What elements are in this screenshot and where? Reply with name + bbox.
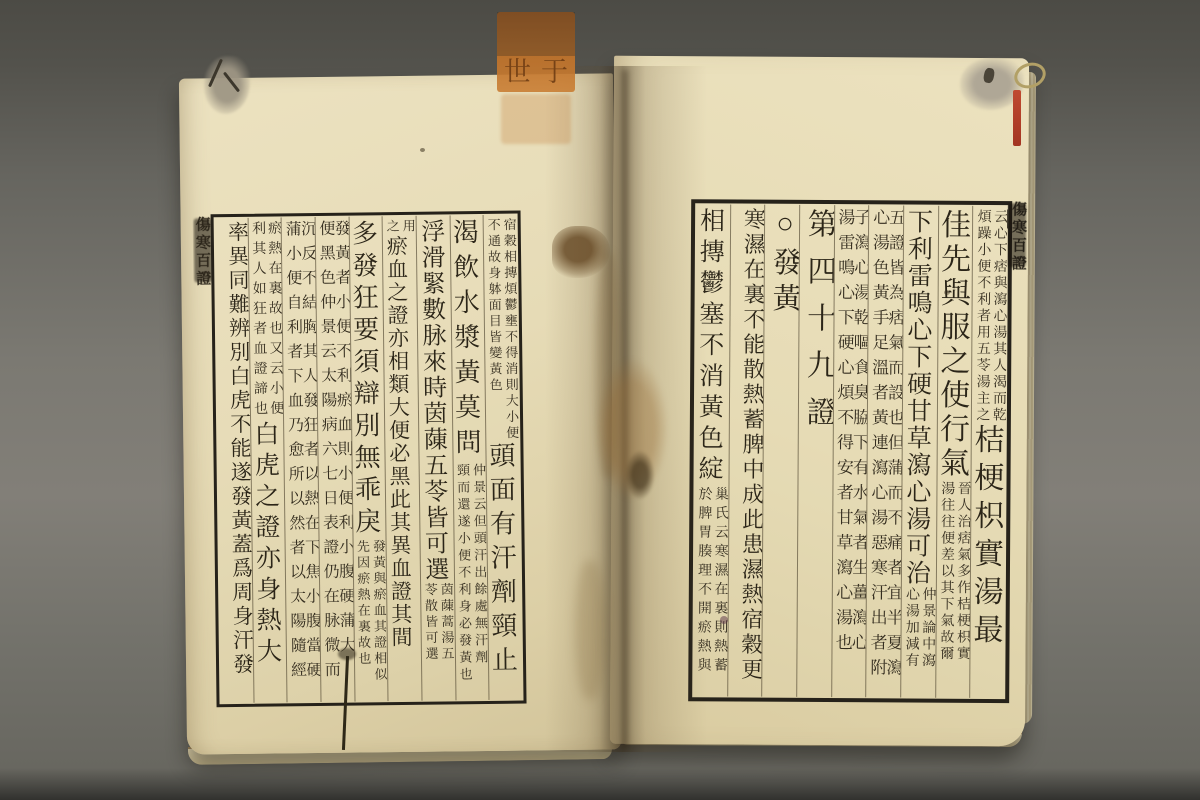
- right-text-columns: 云心下痞與瀉心湯其人渴而乾煩躁小便不利者用五苓湯主之桔梗枳實湯最佳先與服之使行氣…: [693, 204, 1007, 698]
- note-sub-right: 巢氏云寒濕在裏則熱蓄: [712, 486, 728, 676]
- note-sub-right: 仲景論中瀉: [920, 587, 936, 670]
- collector-seal: 世 于: [497, 12, 575, 92]
- verse-text: 相摶鬱塞不消黃色綻: [695, 207, 724, 486]
- commentary-note: 仲景論中瀉心湯加減有: [902, 587, 936, 670]
- right-page: 云心下痞與瀉心湯其人渴而乾煩躁小便不利者用五苓湯主之桔梗枳實湯最佳先與服之使行氣…: [610, 56, 1029, 747]
- right-text-frame: 云心下痞與瀉心湯其人渴而乾煩躁小便不利者用五苓湯主之桔梗枳實湯最佳先與服之使行氣…: [688, 199, 1012, 703]
- text-column: 五證皆為痞氣而設也但蒲而不痛者宜半夏瀉心湯色黃手足溫者黃連瀉心湯惡寒汗出者附: [866, 205, 904, 697]
- note-sub-left: 於脾胃腠理不開瘀熱與: [695, 486, 711, 676]
- note-sub-right: 用: [401, 219, 416, 235]
- note-sub-left: 先因瘀熱在裏故也: [355, 539, 372, 667]
- verse-text: 桔梗枳實湯最: [970, 423, 1003, 651]
- note-sub-right: 發黃與瘀血其證相似: [371, 539, 388, 683]
- book-photograph: 傷寒百證 卷之三 二 宿穀相摶煩鬱壅不得消則大小便不通故身躰面目皆變黃色頭面有汗…: [0, 0, 1200, 800]
- banxin-title: 傷寒百證: [194, 216, 211, 288]
- verse-text: 下利雷鳴心下硬甘草瀉心湯可治: [902, 209, 931, 587]
- right-banxin-column: 傷寒百證 卷之三 未: [1004, 201, 1029, 661]
- left-page: 傷寒百證 卷之三 二 宿穀相摶煩鬱壅不得消則大小便不通故身躰面目皆變黃色頭面有汗…: [179, 73, 621, 754]
- text-column: 宿穀相摶煩鬱壅不得消則大小便不通故身躰面目皆變黃色頭面有汗劑頸止: [483, 215, 523, 700]
- verse-text: ○發黃: [768, 208, 799, 319]
- verse-text: 浮滑緊數脉來時茵蔯五苓皆可選: [417, 218, 447, 582]
- text-column: 寒濕在裏不能散熱蓄脾中成此患濕熱宿穀更: [727, 204, 765, 696]
- note-sub-left: 心湯色黃手足溫者黃連瀉心湯惡寒汗出者附: [867, 208, 889, 683]
- commentary-note: 茵蔯蒿湯五苓散皆可選: [422, 582, 455, 662]
- commentary-note: 五證皆為痞氣而設也但蒲而不痛者宜半夏瀉心湯色黃手足溫者黃連瀉心湯惡寒汗出者附: [868, 208, 903, 683]
- red-edge-label: [1013, 90, 1021, 146]
- note-sub-left: 湯雷鳴心下硬心煩不得安者甘草瀉心湯也: [833, 208, 855, 658]
- verse-text: 寒濕在裏不能散熱蓄脾中成此患濕熱宿穀更: [739, 208, 765, 683]
- text-column: 第四十九證: [796, 205, 834, 697]
- text-column: 下利雷鳴心下硬甘草瀉心湯可治仲景論中瀉心湯加減有: [900, 206, 938, 698]
- note-sub-left: 煩躁小便不利者用五苓湯主之: [974, 209, 990, 424]
- note-sub-left: 之: [385, 219, 400, 235]
- commentary-note: 用之: [384, 219, 416, 235]
- left-text-columns: 宿穀相摶煩鬱壅不得消則大小便不通故身躰面目皆變黃色頭面有汗劑頸止渴飲水漿黃莫問仲…: [215, 215, 523, 704]
- commentary-note: 晉人治痞氣多作桔梗枳實湯往往便差以其下氣故爾: [937, 481, 971, 663]
- seal-glyph: 世: [504, 59, 531, 86]
- collector-seal-faint: [501, 94, 571, 144]
- verse-text: 佳先與服之使行氣: [935, 209, 969, 481]
- note-sub-left: 不通故身躰面目皆變黃色: [486, 218, 503, 394]
- note-sub-right: 云心下痞與瀉心湯其人渴而乾: [991, 209, 1007, 424]
- commentary-note: 瘀熱在裏故也又云小便利其人如狂者血證諦也: [249, 220, 283, 420]
- verse-text: 渴飲水漿黃莫問: [449, 218, 481, 463]
- text-column: 云心下痞與瀉心湯其人渴而乾煩躁小便不利者用五苓湯主之桔梗枳實湯最: [970, 206, 1008, 698]
- commentary-note: 宿穀相摶煩鬱壅不得消則大小便不通故身躰面目皆變黃色: [485, 218, 520, 442]
- note-sub-left: 苓散皆可選: [423, 583, 439, 663]
- fox-spot: [420, 148, 425, 152]
- note-sub-left: 心湯加減有: [904, 587, 920, 670]
- note-sub-left: 頸而還遂小便不利身必發黃也: [455, 463, 473, 684]
- commentary-note: 巢氏云寒濕在裏則熱蓄於脾胃腠理不開瘀熱與: [694, 486, 728, 676]
- banxin-title: 傷寒百證: [1010, 201, 1026, 273]
- verse-text: 頭面有汗劑頸止: [486, 442, 518, 680]
- verse-text: 多發狂要須辯別無乖戾: [348, 219, 381, 539]
- commentary-note: 發黃與瘀血其證相似先因瘀熱在裏故也: [354, 539, 388, 683]
- fox-spot: [944, 290, 950, 295]
- note-sub-right: 茵蔯蒿湯五: [439, 582, 455, 662]
- commentary-note: 子瀉心湯乾嘔食臭脇下有水氣者生薑瀉心湯雷鳴心下硬心煩不得安者甘草瀉心湯也: [834, 208, 869, 658]
- left-text-frame: 宿穀相摶煩鬱壅不得消則大小便不通故身躰面目皆變黃色頭面有汗劑頸止渴飲水漿黃莫問仲…: [211, 211, 527, 708]
- note-sub-right: 宿穀相摶煩鬱壅不得消則大小便: [502, 218, 520, 442]
- commentary-note: 仲景云但頭汗出餘處無汗劑頸而還遂小便不利身必發黃也: [454, 463, 489, 684]
- verse-text: 瘀血之證亦相類大便必黑此其異血證其間: [384, 235, 413, 649]
- note-sub-right: 晉人治痞氣多作桔梗枳實: [955, 481, 971, 663]
- fold-line: [622, 70, 628, 748]
- note-sub-left: 湯往往便差以其下氣故爾: [938, 481, 954, 663]
- text-column: 佳先與服之使行氣晉人治痞氣多作桔梗枳實湯往往便差以其下氣故爾: [935, 206, 973, 698]
- verse-text: 白虎之證亦身熱大: [251, 420, 281, 668]
- note-sub-left: 利其人如狂者血證諦也: [250, 221, 267, 421]
- commentary-note: 云心下痞與瀉心湯其人渴而乾煩躁小便不利者用五苓湯主之: [973, 209, 1007, 424]
- text-column: 子瀉心湯乾嘔食臭脇下有水氣者生薑瀉心湯雷鳴心下硬心煩不得安者甘草瀉心湯也: [831, 205, 869, 697]
- fox-spot: [720, 616, 728, 624]
- verse-text: 第四十九證: [801, 208, 833, 443]
- text-column: ○發黃: [761, 205, 799, 697]
- seal-glyph: 于: [541, 59, 568, 86]
